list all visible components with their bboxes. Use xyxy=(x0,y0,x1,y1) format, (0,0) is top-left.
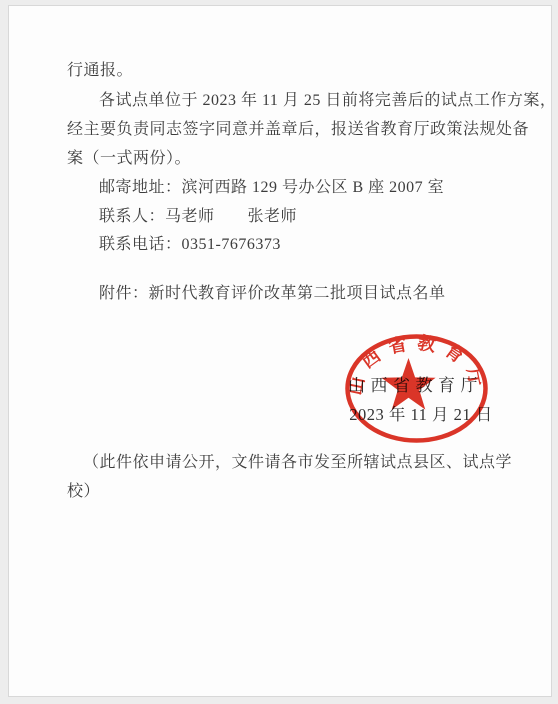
mail-address-line: 邮寄地址：滨河西路 129 号办公区 B 座 2007 室 xyxy=(99,178,444,198)
disclosure-note-line-2: 校） xyxy=(67,482,100,502)
body-line-continuation: 行通报。 xyxy=(67,61,133,81)
document-page: 行通报。 各试点单位于 2023 年 11 月 25 日前将完善后的试点工作方案… xyxy=(8,5,552,697)
disclosure-note-line-1: （此件依申请公开，文件请各市发至所辖试点县区、试点学 xyxy=(83,453,512,473)
attachment-line: 附件：新时代教育评价改革第二批项目试点名单 xyxy=(99,284,446,304)
body-line-deadline-3: 案（一式两份）。 xyxy=(67,149,191,169)
contacts-line: 联系人：马老师 张老师 xyxy=(99,207,297,227)
body-line-deadline-1: 各试点单位于 2023 年 11 月 25 日前将完善后的试点工作方案， xyxy=(99,91,556,111)
body-line-deadline-2: 经主要负责同志签字同意并盖章后，报送省教育厅政策法规处备 xyxy=(67,120,529,140)
viewer-background: 行通报。 各试点单位于 2023 年 11 月 25 日前将完善后的试点工作方案… xyxy=(0,0,558,704)
phone-line: 联系电话：0351-7676373 xyxy=(99,235,281,255)
seal-star-icon xyxy=(381,358,435,410)
official-seal: 山西省教育厅 xyxy=(341,329,493,451)
